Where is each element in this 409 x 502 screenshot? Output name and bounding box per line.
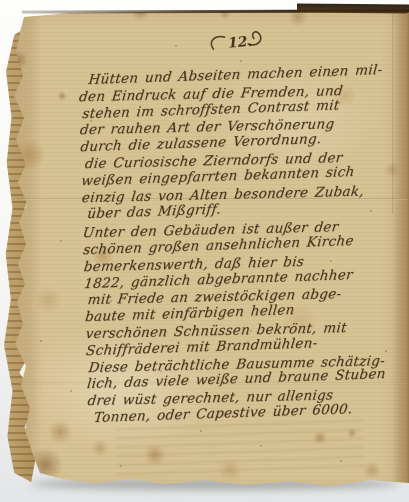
page-number: 12.: [205, 25, 269, 58]
flourish-left-stroke: [211, 36, 226, 49]
document-scan: 12. Hütten und Abseiten machen einen mil…: [0, 0, 409, 502]
foxing-specks: [0, 0, 2, 2]
vertical-crease-line: [392, 14, 393, 214]
book-binding-shadow: [297, 4, 409, 14]
ink-show-through-texture: [114, 420, 366, 481]
manuscript-text-block: Hütten und Abseiten machen einen mil- de…: [77, 64, 387, 427]
page-number-text: 12.: [227, 34, 253, 52]
